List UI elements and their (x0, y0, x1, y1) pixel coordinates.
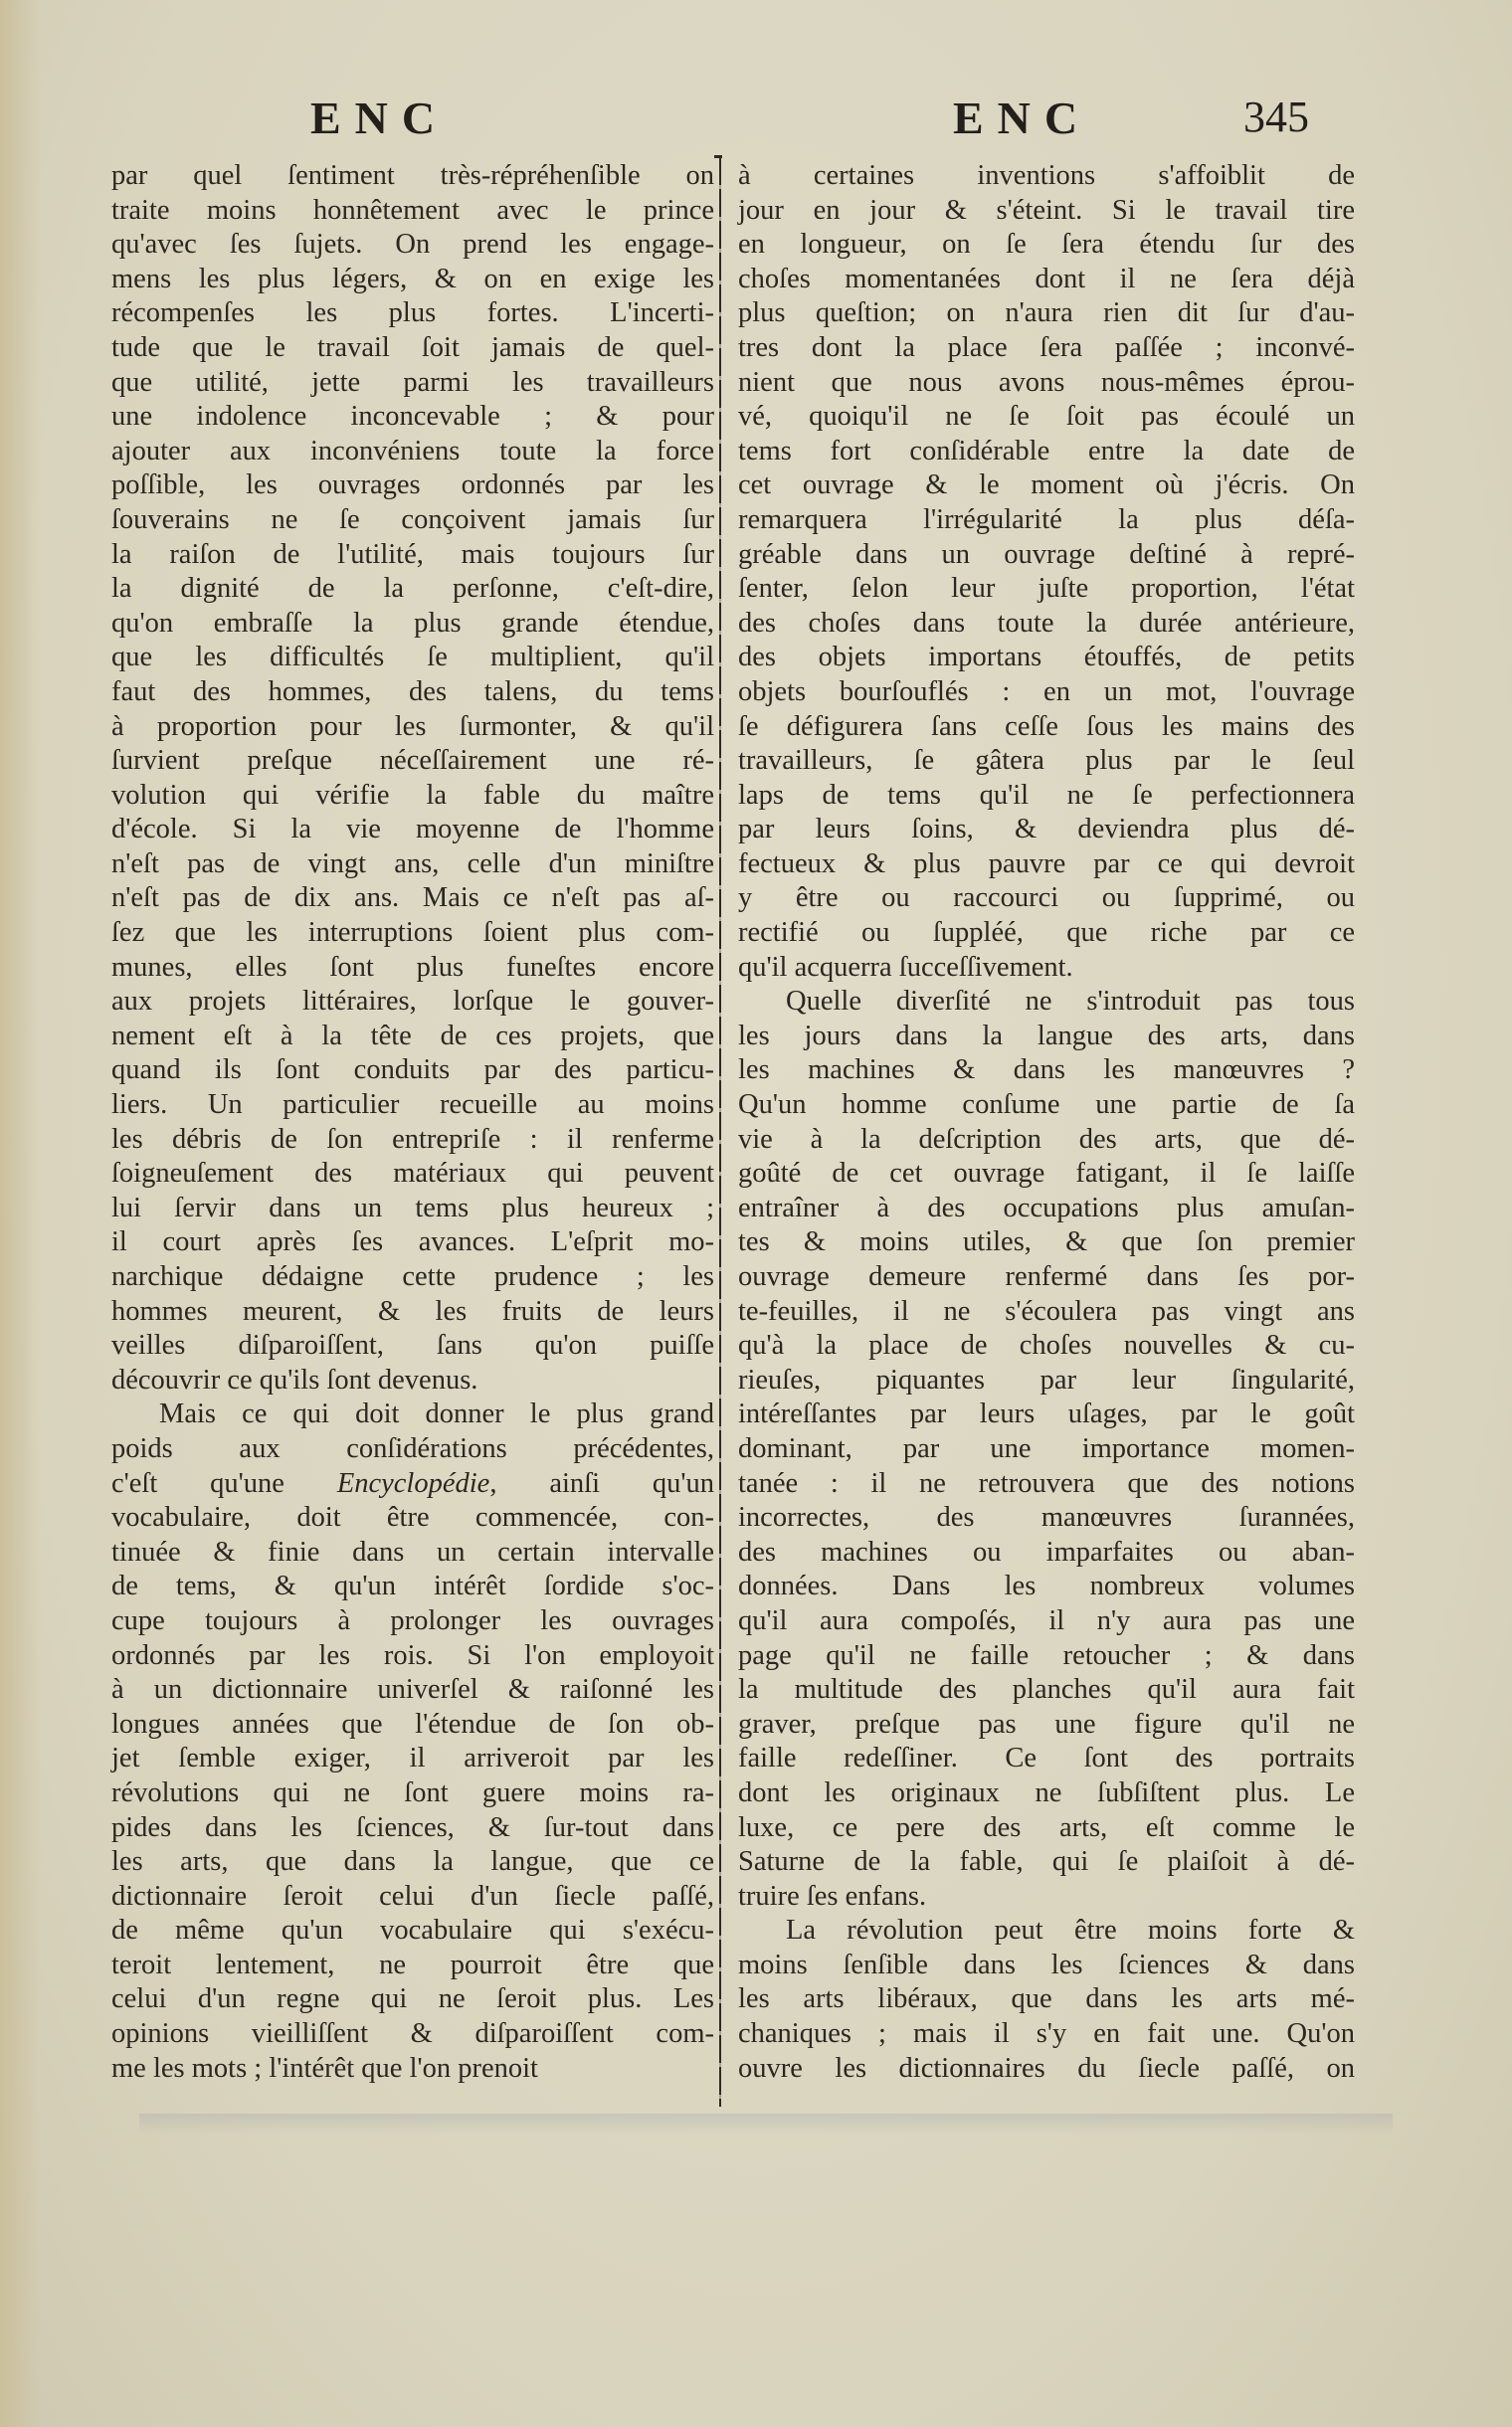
text-line: pides dans les ſciences, & ſur-tout dans (111, 1811, 714, 1846)
text-line: moins ſenſible dans les ſciences & dans (738, 1949, 1355, 1983)
text-line: tres dont la place ſera paſſée ; inconvé… (738, 331, 1355, 366)
text-line: te-feuilles, il ne s'écoulera pas vingt … (738, 1295, 1355, 1330)
text-line: truire ſes enfans. (738, 1880, 1355, 1915)
text-line: jour en jour & s'éteint. Si le travail t… (738, 194, 1355, 229)
text-line: rectifié ou ſuppléé, que riche par ce (738, 916, 1355, 951)
text-line: vé, quoiqu'il ne ſe ſoit pas écoulé un (738, 400, 1355, 435)
text-line: intéreſſantes par leurs uſages, par le g… (738, 1398, 1355, 1432)
text-line: jet ſemble exiger, il arriveroit par les (111, 1742, 714, 1776)
text-line: tes & moins utiles, & que ſon premier (738, 1225, 1355, 1260)
text-line: tanée : il ne retrouvera que des notions (738, 1467, 1355, 1502)
text-line: les débris de ſon entrepriſe : il renfer… (111, 1123, 714, 1158)
text-line: n'eſt pas de dix ans. Mais ce n'eſt pas … (111, 881, 714, 916)
text-line: rieuſes, piquantes par leur ſingularité, (738, 1364, 1355, 1399)
text-line: les arts libéraux, que dans les arts mé- (738, 1982, 1355, 2017)
text-line: graver, preſque pas une figure qu'il ne (738, 1708, 1355, 1743)
text-line: c'eſt qu'une Encyclopédie, ainſi qu'un (111, 1467, 714, 1502)
text-line: n'eſt pas de vingt ans, celle d'un miniſ… (111, 847, 714, 882)
text-line: la raiſon de l'utilité, mais toujours ſu… (111, 538, 714, 573)
text-line: de tems, & qu'un intérêt ſordide s'oc- (111, 1570, 714, 1604)
italic-title: Encyclopédie (337, 1468, 490, 1499)
text-line: cet ouvrage & le moment où j'écris. On (738, 468, 1355, 503)
ink-bleed-through (139, 2114, 1393, 2134)
text-line: laps de tems qu'il ne ſe perfectionnera (738, 779, 1355, 814)
text-line: ſoigneuſement des matériaux qui peuvent (111, 1157, 714, 1192)
text-line: La révolution peut être moins forte & (738, 1914, 1355, 1949)
text-line: vie à la deſcription des arts, que dé- (738, 1123, 1355, 1158)
text-line: qu'on embraſſe la plus grande étendue, (111, 607, 714, 642)
text-line: travailleurs, ſe gâtera plus par le ſeul (738, 744, 1355, 779)
text-line: qu'il aura compoſés, il n'y aura pas une (738, 1604, 1355, 1639)
text-line: la dignité de la perſonne, c'eſt-dire, (111, 572, 714, 607)
text-line: que utilité, jette parmi les travailleur… (111, 366, 714, 401)
text-line: faut des hommes, des talens, du tems (111, 675, 714, 710)
text-line: découvrir ce qu'ils ſont devenus. (111, 1364, 714, 1399)
text-line: veilles diſparoiſſent, ſans qu'on puiſſe (111, 1329, 714, 1364)
text-line: nient que nous avons nous-mêmes éprou- (738, 366, 1355, 401)
right-text-column: à certaines inventions s'affoiblit dejou… (738, 159, 1355, 2086)
text-line: Quelle diverſité ne s'introduit pas tous (738, 985, 1355, 1020)
text-line: poſſible, les ouvrages ordonnés par les (111, 468, 714, 503)
text-line: quand ils ſont conduits par des particu- (111, 1053, 714, 1088)
text-line: mens les plus légers, & on en exige les (111, 263, 714, 297)
text-line: des choſes dans toute la durée antérieur… (738, 607, 1355, 642)
page-number: 345 (1243, 92, 1309, 142)
text-line: goûté de cet ouvrage fatigant, il ſe lai… (738, 1157, 1355, 1192)
text-line: narchique dédaigne cette prudence ; les (111, 1260, 714, 1295)
text-line: chaniques ; mais il s'y en fait une. Qu'… (738, 2017, 1355, 2052)
text-line: y être ou raccourci ou ſupprimé, ou (738, 881, 1355, 916)
text-line: dont les originaux ne ſubſiſtent plus. L… (738, 1776, 1355, 1811)
text-line: aux projets littéraires, lorſque le gouv… (111, 985, 714, 1020)
text-line: que les difficultés ſe multiplient, qu'i… (111, 641, 714, 675)
text-line: d'école. Si la vie moyenne de l'homme (111, 813, 714, 847)
text-line: dominant, par une importance momen- (738, 1432, 1355, 1467)
text-line: des objets importans étouffés, de petits (738, 641, 1355, 675)
running-head-left: ENC (310, 92, 449, 144)
text-line: il court après ſes avances. L'eſprit mo- (111, 1225, 714, 1260)
text-line: ſouverains ne ſe conçoivent jamais ſur (111, 503, 714, 538)
column-rule (719, 157, 721, 2107)
text-line: entraîner à des occupations plus amuſan- (738, 1192, 1355, 1226)
text-line: longues années que l'étendue de ſon ob- (111, 1708, 714, 1743)
text-line: la multitude des planches qu'il aura fai… (738, 1673, 1355, 1708)
text-line: faille redeſſiner. Ce ſont des portraits (738, 1742, 1355, 1776)
text-line: traite moins honnêtement avec le prince (111, 194, 714, 229)
text-line: luxe, ce pere des arts, eſt comme le (738, 1811, 1355, 1846)
text-line: des machines ou imparfaites ou aban- (738, 1536, 1355, 1571)
text-line: ſe défigurera ſans ceſſe ſous les mains … (738, 710, 1355, 745)
text-line: plus queſtion; on n'aura rien dit ſur d'… (738, 296, 1355, 331)
page-edge-shadow (0, 0, 40, 2427)
text-line: munes, elles ſont plus funeſtes encore (111, 951, 714, 986)
text-line: remarquera l'irrégularité la plus déſa- (738, 503, 1355, 538)
text-line: objets bourſouflés : en un mot, l'ouvrag… (738, 675, 1355, 710)
text-line: gréable dans un ouvrage deſtiné à repré- (738, 538, 1355, 573)
text-line: celui d'un regne qui ne ſeroit plus. Les (111, 1982, 714, 2017)
text-line: liers. Un particulier recueille au moins (111, 1088, 714, 1123)
text-line: ordonnés par les rois. Si l'on employoit (111, 1639, 714, 1674)
text-line: tems fort conſidérable entre la date de (738, 435, 1355, 469)
text-line: tinuée & finie dans un certain intervall… (111, 1536, 714, 1571)
text-line: dictionnaire ſeroit celui d'un ſiecle pa… (111, 1880, 714, 1915)
text-line: les machines & dans les manœuvres ? (738, 1053, 1355, 1088)
text-line: révolutions qui ne ſont guere moins ra- (111, 1776, 714, 1811)
text-line: une indolence inconcevable ; & pour (111, 400, 714, 435)
text-line: volution qui vérifie la fable du maître (111, 779, 714, 814)
text-line: qu'à la place de choſes nouvelles & cu- (738, 1329, 1355, 1364)
text-line: Mais ce qui doit donner le plus grand (111, 1398, 714, 1432)
text-line: opinions vieilliſſent & diſparoiſſent co… (111, 2017, 714, 2052)
text-line: ſurvient preſque néceſſairement une ré- (111, 744, 714, 779)
text-line: Qu'un homme conſume une partie de ſa (738, 1088, 1355, 1123)
text-line: qu'il acquerra ſucceſſivement. (738, 951, 1355, 986)
text-line: incorrectes, des manœuvres ſurannées, (738, 1501, 1355, 1536)
text-line: ouvre les dictionnaires du ſiecle paſſé,… (738, 2052, 1355, 2087)
text-line: ſenter, ſelon leur juſte proportion, l'é… (738, 572, 1355, 607)
text-line: me les mots ; l'intérêt que l'on prenoit (111, 2052, 714, 2087)
text-line: teroit lentement, ne pourroit être que (111, 1949, 714, 1983)
text-line: de même qu'un vocabulaire qui s'exécu- (111, 1914, 714, 1949)
text-line: fectueux & plus pauvre par ce qui devroi… (738, 847, 1355, 882)
text-line: choſes momentanées dont il ne ſera déjà (738, 263, 1355, 297)
text-line: nement eſt à la tête de ces projets, que (111, 1020, 714, 1054)
book-page: ENC ENC 345 par quel ſentiment très-répr… (0, 0, 1512, 2427)
running-head-right: ENC (953, 92, 1091, 144)
text-line: cupe toujours à prolonger les ouvrages (111, 1604, 714, 1639)
text-line: qu'avec ſes ſujets. On prend les engage- (111, 228, 714, 263)
text-line: à certaines inventions s'affoiblit de (738, 159, 1355, 194)
text-line: données. Dans les nombreux volumes (738, 1570, 1355, 1604)
text-line: par leurs ſoins, & deviendra plus dé- (738, 813, 1355, 847)
text-line: ouvrage demeure renfermé dans ſes por- (738, 1260, 1355, 1295)
text-line: les arts, que dans la langue, que ce (111, 1845, 714, 1880)
text-line: les jours dans la langue des arts, dans (738, 1020, 1355, 1054)
text-line: par quel ſentiment très-répréhenſible on (111, 159, 714, 194)
text-line: à proportion pour les ſurmonter, & qu'il (111, 710, 714, 745)
text-line: ſez que les interruptions ſoient plus co… (111, 916, 714, 951)
text-line: en longueur, on ſe ſera étendu ſur des (738, 228, 1355, 263)
text-line: ajouter aux inconvéniens toute la force (111, 435, 714, 469)
text-line: Saturne de la fable, qui ſe plaiſoit à d… (738, 1845, 1355, 1880)
left-text-column: par quel ſentiment très-répréhenſible on… (111, 159, 714, 2086)
text-line: récompenſes les plus fortes. L'incerti- (111, 296, 714, 331)
text-line: lui ſervir dans un tems plus heureux ; (111, 1192, 714, 1226)
text-line: à un dictionnaire univerſel & raiſonné l… (111, 1673, 714, 1708)
text-line: hommes meurent, & les fruits de leurs (111, 1295, 714, 1330)
text-line: vocabulaire, doit être commencée, con- (111, 1501, 714, 1536)
text-line: page qu'il ne faille retoucher ; & dans (738, 1639, 1355, 1674)
text-line: poids aux conſidérations précédentes, (111, 1432, 714, 1467)
text-line: tude que le travail ſoit jamais de quel- (111, 331, 714, 366)
